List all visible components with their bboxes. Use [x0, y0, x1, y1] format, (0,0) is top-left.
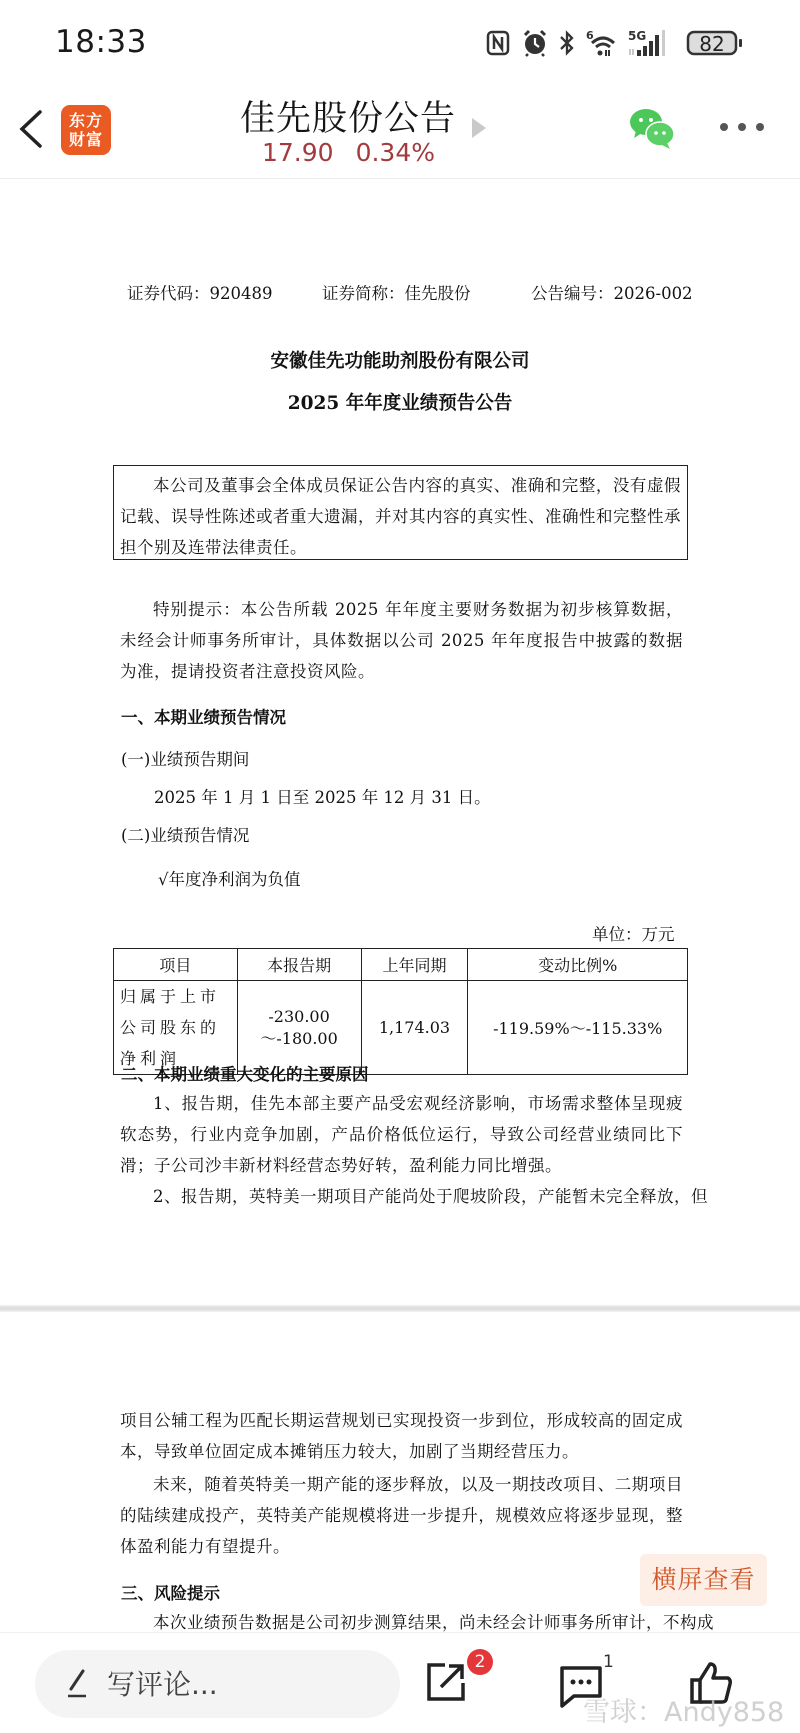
- stock-price: 17.90: [262, 138, 334, 167]
- col-header-current: 本报告期: [237, 949, 361, 981]
- app-logo: 东方 财富: [61, 105, 111, 155]
- battery-icon: 82: [686, 29, 744, 57]
- section-1-heading: 一、本期业绩预告情况: [121, 704, 286, 728]
- notice-number: 公告编号：2026-002: [531, 280, 693, 304]
- alarm-icon: [522, 29, 548, 57]
- dot-icon: [756, 123, 764, 131]
- more-options-button[interactable]: [720, 120, 764, 134]
- share-icon[interactable]: [425, 1661, 469, 1703]
- logo-line2: 财富: [61, 130, 111, 149]
- disclaimer-box: 本公司及董事会全体成员保证公告内容的真实、准确和完整，没有虚假记载、误导性陈述或…: [113, 465, 688, 560]
- section-3-heading: 三、风险提示: [121, 1580, 220, 1604]
- col-header-change: 变动比例%: [468, 949, 688, 981]
- dot-icon: [738, 123, 746, 131]
- comment-placeholder[interactable]: 写评论...: [107, 1663, 218, 1703]
- svg-text:5G: 5G: [628, 29, 646, 43]
- section-2-heading: 二、本期业绩重大变化的主要原因: [121, 1061, 369, 1085]
- logo-line1: 东方: [61, 111, 111, 130]
- bluetooth-icon: [558, 29, 576, 57]
- wechat-share-icon[interactable]: [627, 105, 677, 151]
- nfc-icon: [486, 30, 510, 56]
- page-separator: [0, 1305, 800, 1312]
- table-header-row: 项目 本报告期 上年同期 变动比例%: [114, 949, 688, 981]
- forecast-table: 项目 本报告期 上年同期 变动比例% 归属于上市公司股东的净利润 -230.00…: [113, 948, 688, 1075]
- unit-label: 单位：万元: [592, 921, 675, 945]
- securities-code: 证券代码：920489: [127, 280, 273, 304]
- dot-icon: [720, 123, 728, 131]
- disclaimer-text: 本公司及董事会全体成员保证公告内容的真实、准确和完整，没有虚假记载、误导性陈述或…: [120, 470, 681, 563]
- back-button[interactable]: [14, 106, 50, 152]
- outlook-paragraph: 未来，随着英特美一期产能的逐步释放，以及一期技改项目、二期项目的陆续建成投产，英…: [120, 1469, 683, 1562]
- securities-short-name: 证券简称：佳先股份: [322, 280, 471, 304]
- svg-text:82: 82: [699, 32, 724, 56]
- header-divider: [0, 178, 800, 179]
- cell-change: -119.59%～-115.33%: [468, 981, 688, 1075]
- reason-2-part1: 2、报告期，英特美一期项目产能尚处于爬坡阶段，产能暂未完全释放，但: [120, 1181, 690, 1212]
- subsection-period: (一)业绩预告期间: [121, 746, 249, 770]
- page-title[interactable]: 佳先股份公告: [240, 91, 456, 141]
- status-icons: 6 5G 82: [486, 28, 744, 58]
- pencil-icon: [65, 1667, 89, 1699]
- document-title: 2025 年年度业绩预告公告: [0, 389, 800, 415]
- signal-icon: 5G: [628, 29, 674, 57]
- company-name: 安徽佳先功能助剂股份有限公司: [0, 347, 800, 373]
- svg-text:6: 6: [586, 29, 594, 42]
- share-count-badge: 2: [467, 1649, 493, 1675]
- special-notice: 特别提示：本公告所载 2025 年年度主要财务数据为初步核算数据，未经会计师事务…: [120, 594, 683, 687]
- cell-prior: 1,174.03: [361, 981, 468, 1075]
- wifi-icon: 6: [586, 29, 618, 57]
- stock-change: 0.34%: [356, 138, 435, 167]
- watermark: 雪球：Andy858: [583, 1690, 784, 1729]
- subsection-forecast: (二)业绩预告情况: [121, 822, 249, 846]
- forecast-period: 2025 年 1 月 1 日至 2025 年 12 月 31 日。: [154, 784, 491, 808]
- col-header-item: 项目: [114, 949, 238, 981]
- caret-right-icon[interactable]: [472, 118, 486, 138]
- col-header-prior: 上年同期: [361, 949, 468, 981]
- comment-count: 1: [603, 1652, 614, 1672]
- landscape-view-button[interactable]: 横屏查看: [640, 1554, 767, 1606]
- checked-item: √年度净利润为负值: [158, 866, 301, 890]
- reason-2-part2: 项目公辅工程为匹配长期运营规划已实现投资一步到位，形成较高的固定成本，导致单位固…: [120, 1405, 683, 1467]
- stock-quote[interactable]: 17.900.34%: [262, 138, 457, 167]
- status-time: 18:33: [55, 24, 147, 60]
- reason-1: 1、报告期，佳先本部主要产品受宏观经济影响，市场需求整体呈现疲软态势，行业内竞争…: [120, 1088, 683, 1181]
